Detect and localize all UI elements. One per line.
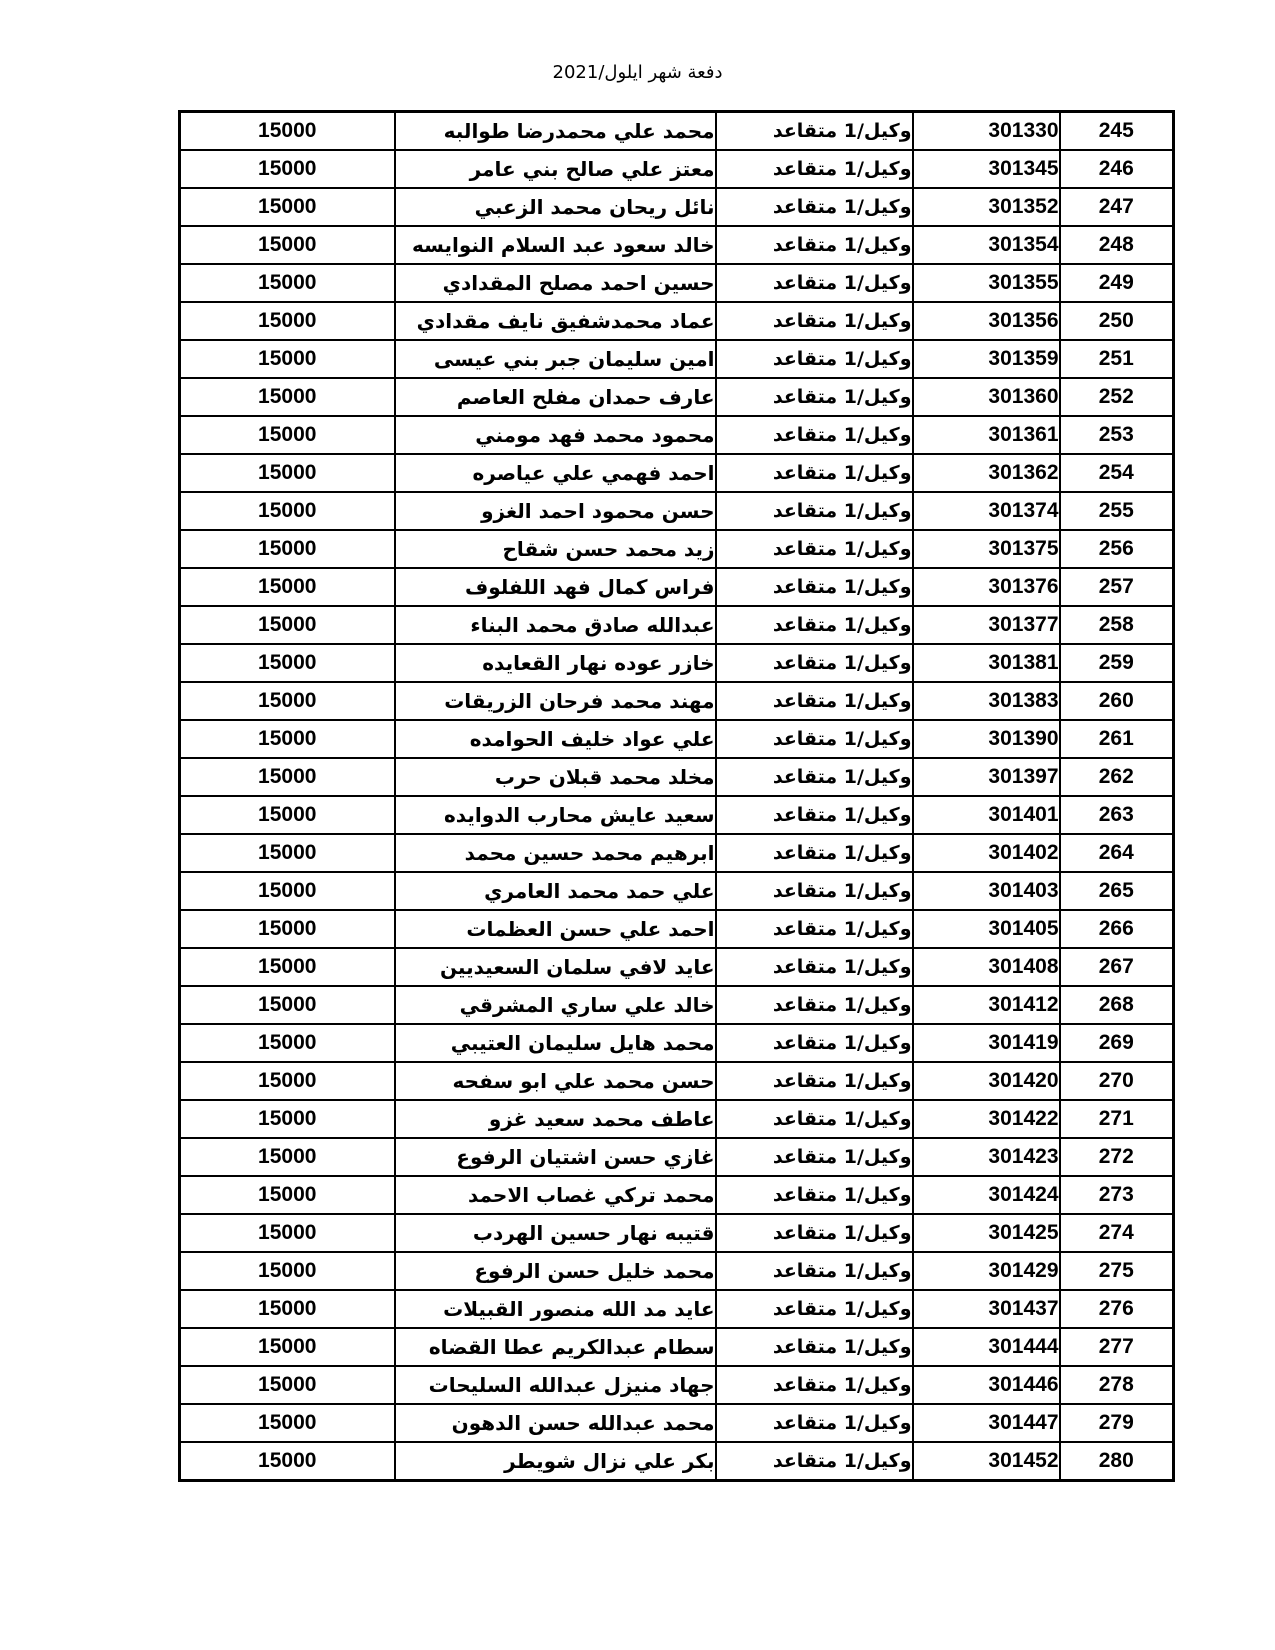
rank-cell: وكيل/1 متقاعد: [716, 416, 913, 454]
amount-cell: 15000: [180, 1442, 395, 1481]
name-cell: جهاد منيزل عبدالله السليحات: [395, 1366, 716, 1404]
name-cell: محمد علي محمدرضا طوالبه: [395, 112, 716, 151]
serial-cell: 249: [1060, 264, 1174, 302]
rank-cell: وكيل/1 متقاعد: [716, 986, 913, 1024]
name-cell: عايد لافي سلمان السعيديين: [395, 948, 716, 986]
rank-cell: وكيل/1 متقاعد: [716, 644, 913, 682]
name-cell: سعيد عايش محارب الدوايده: [395, 796, 716, 834]
name-cell: خالد سعود عبد السلام النوايسه: [395, 226, 716, 264]
serial-cell: 246: [1060, 150, 1174, 188]
rank-cell: وكيل/1 متقاعد: [716, 112, 913, 151]
table-row: 15000جهاد منيزل عبدالله السليحاتوكيل/1 م…: [180, 1366, 1174, 1404]
id-cell: 301397: [913, 758, 1060, 796]
id-cell: 301390: [913, 720, 1060, 758]
serial-cell: 272: [1060, 1138, 1174, 1176]
serial-cell: 280: [1060, 1442, 1174, 1481]
rank-cell: وكيل/1 متقاعد: [716, 1290, 913, 1328]
id-cell: 301423: [913, 1138, 1060, 1176]
amount-cell: 15000: [180, 1328, 395, 1366]
serial-cell: 263: [1060, 796, 1174, 834]
amount-cell: 15000: [180, 1404, 395, 1442]
serial-cell: 274: [1060, 1214, 1174, 1252]
id-cell: 301429: [913, 1252, 1060, 1290]
serial-cell: 265: [1060, 872, 1174, 910]
amount-cell: 15000: [180, 188, 395, 226]
name-cell: محمد تركي غصاب الاحمد: [395, 1176, 716, 1214]
name-cell: فراس كمال فهد اللفلوف: [395, 568, 716, 606]
table-row: 15000محمد خليل حسن الرفوعوكيل/1 متقاعد30…: [180, 1252, 1174, 1290]
id-cell: 301402: [913, 834, 1060, 872]
serial-cell: 261: [1060, 720, 1174, 758]
amount-cell: 15000: [180, 1138, 395, 1176]
rank-cell: وكيل/1 متقاعد: [716, 378, 913, 416]
payment-roster-body: 15000محمد علي محمدرضا طوالبهوكيل/1 متقاع…: [180, 112, 1174, 1481]
serial-cell: 248: [1060, 226, 1174, 264]
rank-cell: وكيل/1 متقاعد: [716, 834, 913, 872]
name-cell: عبدالله صادق محمد البناء: [395, 606, 716, 644]
table-row: 15000خازر عوده نهار القعايدهوكيل/1 متقاع…: [180, 644, 1174, 682]
amount-cell: 15000: [180, 530, 395, 568]
amount-cell: 15000: [180, 910, 395, 948]
table-row: 15000حسن محمد علي ابو سفحهوكيل/1 متقاعد3…: [180, 1062, 1174, 1100]
amount-cell: 15000: [180, 112, 395, 151]
amount-cell: 15000: [180, 1252, 395, 1290]
id-cell: 301356: [913, 302, 1060, 340]
table-row: 15000حسن محمود احمد الغزووكيل/1 متقاعد30…: [180, 492, 1174, 530]
table-row: 15000زيد محمد حسن شقاحوكيل/1 متقاعد30137…: [180, 530, 1174, 568]
amount-cell: 15000: [180, 492, 395, 530]
id-cell: 301354: [913, 226, 1060, 264]
id-cell: 301375: [913, 530, 1060, 568]
rank-cell: وكيل/1 متقاعد: [716, 1100, 913, 1138]
name-cell: امين سليمان جبر بني عيسى: [395, 340, 716, 378]
rank-cell: وكيل/1 متقاعد: [716, 1328, 913, 1366]
amount-cell: 15000: [180, 226, 395, 264]
table-row: 15000غازي حسن اشتيان الرفوعوكيل/1 متقاعد…: [180, 1138, 1174, 1176]
rank-cell: وكيل/1 متقاعد: [716, 1214, 913, 1252]
serial-cell: 267: [1060, 948, 1174, 986]
name-cell: احمد علي حسن العظمات: [395, 910, 716, 948]
table-row: 15000معتز علي صالح بني عامروكيل/1 متقاعد…: [180, 150, 1174, 188]
name-cell: عماد محمدشفيق نايف مقدادي: [395, 302, 716, 340]
amount-cell: 15000: [180, 1062, 395, 1100]
name-cell: ابرهيم محمد حسين محمد: [395, 834, 716, 872]
table-row: 15000قتيبه نهار حسين الهردبوكيل/1 متقاعد…: [180, 1214, 1174, 1252]
amount-cell: 15000: [180, 340, 395, 378]
serial-cell: 247: [1060, 188, 1174, 226]
table-row: 15000عماد محمدشفيق نايف مقداديوكيل/1 متق…: [180, 302, 1174, 340]
rank-cell: وكيل/1 متقاعد: [716, 796, 913, 834]
name-cell: حسن محمد علي ابو سفحه: [395, 1062, 716, 1100]
amount-cell: 15000: [180, 948, 395, 986]
serial-cell: 266: [1060, 910, 1174, 948]
serial-cell: 255: [1060, 492, 1174, 530]
serial-cell: 271: [1060, 1100, 1174, 1138]
name-cell: زيد محمد حسن شقاح: [395, 530, 716, 568]
amount-cell: 15000: [180, 720, 395, 758]
table-row: 15000عبدالله صادق محمد البناءوكيل/1 متقا…: [180, 606, 1174, 644]
serial-cell: 251: [1060, 340, 1174, 378]
amount-cell: 15000: [180, 454, 395, 492]
table-row: 15000حسين احمد مصلح المقداديوكيل/1 متقاع…: [180, 264, 1174, 302]
name-cell: معتز علي صالح بني عامر: [395, 150, 716, 188]
name-cell: نائل ريحان محمد الزعبي: [395, 188, 716, 226]
name-cell: محمود محمد فهد مومني: [395, 416, 716, 454]
amount-cell: 15000: [180, 758, 395, 796]
table-row: 15000خالد سعود عبد السلام النوايسهوكيل/1…: [180, 226, 1174, 264]
table-row: 15000علي حمد محمد العامريوكيل/1 متقاعد30…: [180, 872, 1174, 910]
amount-cell: 15000: [180, 416, 395, 454]
rank-cell: وكيل/1 متقاعد: [716, 1404, 913, 1442]
id-cell: 301374: [913, 492, 1060, 530]
name-cell: علي عواد خليف الحوامده: [395, 720, 716, 758]
rank-cell: وكيل/1 متقاعد: [716, 758, 913, 796]
name-cell: بكر علي نزال شويطر: [395, 1442, 716, 1481]
serial-cell: 269: [1060, 1024, 1174, 1062]
id-cell: 301383: [913, 682, 1060, 720]
amount-cell: 15000: [180, 150, 395, 188]
id-cell: 301452: [913, 1442, 1060, 1481]
id-cell: 301352: [913, 188, 1060, 226]
rank-cell: وكيل/1 متقاعد: [716, 492, 913, 530]
amount-cell: 15000: [180, 568, 395, 606]
amount-cell: 15000: [180, 1024, 395, 1062]
table-row: 15000محمد تركي غصاب الاحمدوكيل/1 متقاعد3…: [180, 1176, 1174, 1214]
amount-cell: 15000: [180, 1100, 395, 1138]
serial-cell: 245: [1060, 112, 1174, 151]
id-cell: 301381: [913, 644, 1060, 682]
id-cell: 301345: [913, 150, 1060, 188]
amount-cell: 15000: [180, 834, 395, 872]
rank-cell: وكيل/1 متقاعد: [716, 188, 913, 226]
table-row: 15000نائل ريحان محمد الزعبيوكيل/1 متقاعد…: [180, 188, 1174, 226]
amount-cell: 15000: [180, 1290, 395, 1328]
table-row: 15000امين سليمان جبر بني عيسىوكيل/1 متقا…: [180, 340, 1174, 378]
table-row: 15000محمد علي محمدرضا طوالبهوكيل/1 متقاع…: [180, 112, 1174, 151]
amount-cell: 15000: [180, 682, 395, 720]
rank-cell: وكيل/1 متقاعد: [716, 606, 913, 644]
table-row: 15000محمد عبدالله حسن الدهونوكيل/1 متقاع…: [180, 1404, 1174, 1442]
rank-cell: وكيل/1 متقاعد: [716, 568, 913, 606]
rank-cell: وكيل/1 متقاعد: [716, 302, 913, 340]
rank-cell: وكيل/1 متقاعد: [716, 1024, 913, 1062]
amount-cell: 15000: [180, 606, 395, 644]
name-cell: عايد مد الله منصور القبيلات: [395, 1290, 716, 1328]
table-row: 15000خالد علي ساري المشرقيوكيل/1 متقاعد3…: [180, 986, 1174, 1024]
serial-cell: 270: [1060, 1062, 1174, 1100]
amount-cell: 15000: [180, 302, 395, 340]
id-cell: 301408: [913, 948, 1060, 986]
rank-cell: وكيل/1 متقاعد: [716, 1138, 913, 1176]
table-row: 15000احمد فهمي علي عياصرهوكيل/1 متقاعد30…: [180, 454, 1174, 492]
id-cell: 301419: [913, 1024, 1060, 1062]
table-row: 15000ابرهيم محمد حسين محمدوكيل/1 متقاعد3…: [180, 834, 1174, 872]
table-row: 15000احمد علي حسن العظماتوكيل/1 متقاعد30…: [180, 910, 1174, 948]
id-cell: 301403: [913, 872, 1060, 910]
id-cell: 301401: [913, 796, 1060, 834]
id-cell: 301437: [913, 1290, 1060, 1328]
serial-cell: 257: [1060, 568, 1174, 606]
name-cell: مهند محمد فرحان الزريقات: [395, 682, 716, 720]
rank-cell: وكيل/1 متقاعد: [716, 264, 913, 302]
name-cell: قتيبه نهار حسين الهردب: [395, 1214, 716, 1252]
name-cell: غازي حسن اشتيان الرفوع: [395, 1138, 716, 1176]
table-row: 15000محمد هايل سليمان العتيبيوكيل/1 متقا…: [180, 1024, 1174, 1062]
table-row: 15000سطام عبدالكريم عطا القضاهوكيل/1 متق…: [180, 1328, 1174, 1366]
id-cell: 301412: [913, 986, 1060, 1024]
serial-cell: 256: [1060, 530, 1174, 568]
rank-cell: وكيل/1 متقاعد: [716, 948, 913, 986]
page-title: دفعة شهر ايلول/2021: [0, 62, 1275, 83]
rank-cell: وكيل/1 متقاعد: [716, 1252, 913, 1290]
serial-cell: 264: [1060, 834, 1174, 872]
table-row: 15000بكر علي نزال شويطروكيل/1 متقاعد3014…: [180, 1442, 1174, 1481]
name-cell: خازر عوده نهار القعايده: [395, 644, 716, 682]
amount-cell: 15000: [180, 872, 395, 910]
amount-cell: 15000: [180, 644, 395, 682]
name-cell: عاطف محمد سعيد غزو: [395, 1100, 716, 1138]
name-cell: علي حمد محمد العامري: [395, 872, 716, 910]
table-row: 15000علي عواد خليف الحوامدهوكيل/1 متقاعد…: [180, 720, 1174, 758]
name-cell: حسن محمود احمد الغزو: [395, 492, 716, 530]
table-row: 15000مخلد محمد قبلان حربوكيل/1 متقاعد301…: [180, 758, 1174, 796]
id-cell: 301362: [913, 454, 1060, 492]
serial-cell: 277: [1060, 1328, 1174, 1366]
table-row: 15000مهند محمد فرحان الزريقاتوكيل/1 متقا…: [180, 682, 1174, 720]
amount-cell: 15000: [180, 1366, 395, 1404]
name-cell: محمد عبدالله حسن الدهون: [395, 1404, 716, 1442]
id-cell: 301361: [913, 416, 1060, 454]
rank-cell: وكيل/1 متقاعد: [716, 454, 913, 492]
id-cell: 301425: [913, 1214, 1060, 1252]
serial-cell: 260: [1060, 682, 1174, 720]
rank-cell: وكيل/1 متقاعد: [716, 1176, 913, 1214]
rank-cell: وكيل/1 متقاعد: [716, 910, 913, 948]
rank-cell: وكيل/1 متقاعد: [716, 720, 913, 758]
id-cell: 301444: [913, 1328, 1060, 1366]
amount-cell: 15000: [180, 1214, 395, 1252]
id-cell: 301405: [913, 910, 1060, 948]
rank-cell: وكيل/1 متقاعد: [716, 682, 913, 720]
name-cell: حسين احمد مصلح المقدادي: [395, 264, 716, 302]
amount-cell: 15000: [180, 796, 395, 834]
name-cell: خالد علي ساري المشرقي: [395, 986, 716, 1024]
table-row: 15000عارف حمدان مفلح العاصموكيل/1 متقاعد…: [180, 378, 1174, 416]
serial-cell: 275: [1060, 1252, 1174, 1290]
serial-cell: 258: [1060, 606, 1174, 644]
table-row: 15000سعيد عايش محارب الدوايدهوكيل/1 متقا…: [180, 796, 1174, 834]
id-cell: 301360: [913, 378, 1060, 416]
name-cell: مخلد محمد قبلان حرب: [395, 758, 716, 796]
rank-cell: وكيل/1 متقاعد: [716, 1366, 913, 1404]
amount-cell: 15000: [180, 1176, 395, 1214]
id-cell: 301447: [913, 1404, 1060, 1442]
rank-cell: وكيل/1 متقاعد: [716, 150, 913, 188]
serial-cell: 262: [1060, 758, 1174, 796]
serial-cell: 254: [1060, 454, 1174, 492]
rank-cell: وكيل/1 متقاعد: [716, 530, 913, 568]
serial-cell: 276: [1060, 1290, 1174, 1328]
serial-cell: 279: [1060, 1404, 1174, 1442]
id-cell: 301330: [913, 112, 1060, 151]
table-row: 15000عايد لافي سلمان السعيديينوكيل/1 متق…: [180, 948, 1174, 986]
table-row: 15000عايد مد الله منصور القبيلاتوكيل/1 م…: [180, 1290, 1174, 1328]
table-row: 15000عاطف محمد سعيد غزووكيل/1 متقاعد3014…: [180, 1100, 1174, 1138]
name-cell: محمد هايل سليمان العتيبي: [395, 1024, 716, 1062]
serial-cell: 252: [1060, 378, 1174, 416]
serial-cell: 250: [1060, 302, 1174, 340]
serial-cell: 268: [1060, 986, 1174, 1024]
table-row: 15000فراس كمال فهد اللفلوفوكيل/1 متقاعد3…: [180, 568, 1174, 606]
rank-cell: وكيل/1 متقاعد: [716, 1062, 913, 1100]
id-cell: 301424: [913, 1176, 1060, 1214]
amount-cell: 15000: [180, 986, 395, 1024]
name-cell: محمد خليل حسن الرفوع: [395, 1252, 716, 1290]
rank-cell: وكيل/1 متقاعد: [716, 1442, 913, 1481]
rank-cell: وكيل/1 متقاعد: [716, 872, 913, 910]
id-cell: 301355: [913, 264, 1060, 302]
name-cell: احمد فهمي علي عياصره: [395, 454, 716, 492]
id-cell: 301422: [913, 1100, 1060, 1138]
serial-cell: 253: [1060, 416, 1174, 454]
rank-cell: وكيل/1 متقاعد: [716, 226, 913, 264]
serial-cell: 273: [1060, 1176, 1174, 1214]
id-cell: 301420: [913, 1062, 1060, 1100]
id-cell: 301359: [913, 340, 1060, 378]
id-cell: 301376: [913, 568, 1060, 606]
serial-cell: 259: [1060, 644, 1174, 682]
name-cell: عارف حمدان مفلح العاصم: [395, 378, 716, 416]
id-cell: 301446: [913, 1366, 1060, 1404]
id-cell: 301377: [913, 606, 1060, 644]
name-cell: سطام عبدالكريم عطا القضاه: [395, 1328, 716, 1366]
amount-cell: 15000: [180, 378, 395, 416]
amount-cell: 15000: [180, 264, 395, 302]
table-row: 15000محمود محمد فهد مومنيوكيل/1 متقاعد30…: [180, 416, 1174, 454]
serial-cell: 278: [1060, 1366, 1174, 1404]
rank-cell: وكيل/1 متقاعد: [716, 340, 913, 378]
payment-roster-table: 15000محمد علي محمدرضا طوالبهوكيل/1 متقاع…: [178, 110, 1175, 1482]
